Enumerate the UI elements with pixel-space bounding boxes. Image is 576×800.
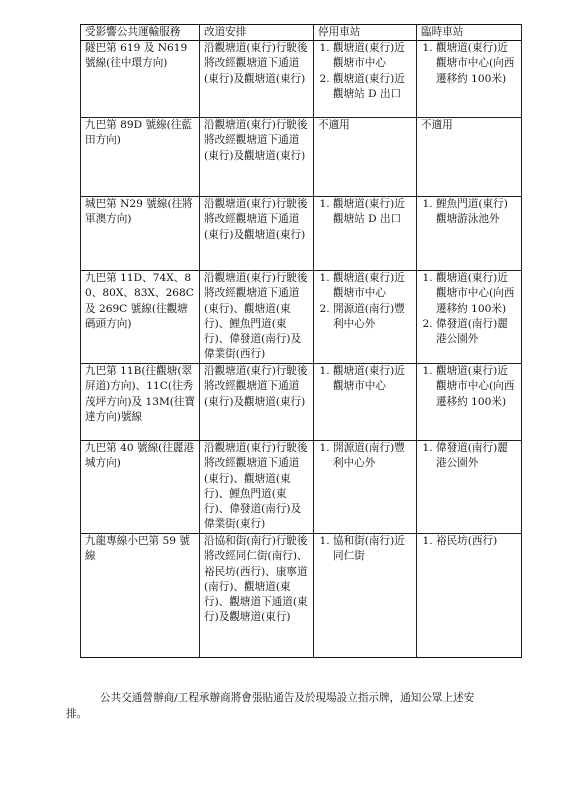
suspended-stops-cell: 觀塘道(東行)近觀塘市中心 開源道(南行)豐利中心外 — [314, 271, 417, 364]
list-item: 觀塘道(東行)近觀塘市中心 — [333, 271, 413, 301]
table-row: 隧巴第 619 及 N619 號線(往中環方向) 沿觀塘道(東行)行駛後將改經觀… — [81, 41, 522, 118]
service-cell: 九巴第 11D、74X、80、80X、83X、268C 及 269C 號線(往觀… — [81, 271, 200, 364]
list-item: 開源道(南行)豐利中心外 — [333, 441, 413, 471]
suspended-stops-cell: 觀塘道(東行)近觀塘市中心 — [314, 364, 417, 441]
diversion-cell: 沿觀塘道(東行)行駛後將改經觀塘道下通道(東行)、觀塘道(東行)、鯉魚門道(東行… — [200, 271, 314, 364]
temporary-stops-cell: 鯉魚門道(東行)觀塘游泳池外 — [417, 197, 522, 271]
list-item: 觀塘道(東行)近觀塘市中心(向西遷移約 100米) — [436, 271, 518, 317]
suspended-stops-cell: 不適用 — [314, 118, 417, 197]
table-row: 九龍專線小巴第 59 號線 沿協和街(南行)行駛後將改經同仁街(南行)、裕民坊(… — [81, 534, 522, 658]
service-cell: 九巴第 40 號線(往麗港城方向) — [81, 441, 200, 534]
table-row: 城巴第 N29 號線(往將軍澳方向) 沿觀塘道(東行)行駛後將改經觀塘道下通道(… — [81, 197, 522, 271]
list-item: 觀塘道(東行)近觀塘市中心 — [333, 41, 413, 71]
table-row: 九巴第 11D、74X、80、80X、83X、268C 及 269C 號線(往觀… — [81, 271, 522, 364]
list-item: 偉發道(南行)麗港公園外 — [436, 317, 518, 347]
document-page: 受影響公共運輸服務 改道安排 停用車站 臨時車站 隧巴第 619 及 N619 … — [0, 0, 576, 800]
temporary-stops-cell: 偉發道(南行)麗港公園外 — [417, 441, 522, 534]
diversion-cell: 沿觀塘道(東行)行駛後將改經觀塘道下通道(東行)及觀塘道(東行) — [200, 364, 314, 441]
notice-paragraph: 公共交通營辦商/工程承辦商將會張貼通告及於現場設立指示牌，通知公眾上述安排。 — [66, 690, 486, 722]
list-item: 協和街(南行)近同仁街 — [333, 534, 413, 564]
table-row: 九巴第 40 號線(往麗港城方向) 沿觀塘道(東行)行駛後將改經觀塘道下通道(東… — [81, 441, 522, 534]
suspended-stops-cell: 觀塘道(東行)近觀塘市中心 觀塘道(東行)近觀塘站 D 出口 — [314, 41, 417, 118]
table-row: 九巴第 89D 號線(往藍田方向) 沿觀塘道(東行)行駛後將改經觀塘道下通道(東… — [81, 118, 522, 197]
list-item: 觀塘道(東行)近觀塘市中心(向西遷移約 100米) — [436, 364, 518, 410]
service-cell: 隧巴第 619 及 N619 號線(往中環方向) — [81, 41, 200, 118]
header-suspended-stops: 停用車站 — [314, 25, 417, 41]
list-item: 觀塘道(東行)近觀塘站 D 出口 — [333, 72, 413, 102]
diversion-cell: 沿觀塘道(東行)行駛後將改經觀塘道下通道(東行)、觀塘道(東行)、鯉魚門道(東行… — [200, 441, 314, 534]
diversion-cell: 沿觀塘道(東行)行駛後將改經觀塘道下通道(東行)及觀塘道(東行) — [200, 197, 314, 271]
temporary-stops-cell: 裕民坊(西行) — [417, 534, 522, 658]
temporary-stops-cell: 不適用 — [417, 118, 522, 197]
list-item: 偉發道(南行)麗港公園外 — [436, 441, 518, 471]
list-item: 觀塘道(東行)近觀塘市中心(向西遷移約 100米) — [436, 41, 518, 87]
diversion-cell: 沿協和街(南行)行駛後將改經同仁街(南行)、裕民坊(西行)、康寧道(南行)、觀塘… — [200, 534, 314, 658]
service-cell: 九巴第 89D 號線(往藍田方向) — [81, 118, 200, 197]
header-temporary-stops: 臨時車站 — [417, 25, 522, 41]
suspended-stops-cell: 開源道(南行)豐利中心外 — [314, 441, 417, 534]
list-item: 開源道(南行)豐利中心外 — [333, 302, 413, 332]
service-cell: 九巴第 11B(往觀塘(翠屏道)方向)、11C(往秀茂坪方向)及 13M(往寶達… — [81, 364, 200, 441]
diversion-table: 受影響公共運輸服務 改道安排 停用車站 臨時車站 隧巴第 619 及 N619 … — [80, 24, 522, 658]
temporary-stops-cell: 觀塘道(東行)近觀塘市中心(向西遷移約 100米) 偉發道(南行)麗港公園外 — [417, 271, 522, 364]
list-item: 觀塘道(東行)近觀塘站 D 出口 — [333, 197, 413, 227]
header-diversion: 改道安排 — [200, 25, 314, 41]
table-row: 九巴第 11B(往觀塘(翠屏道)方向)、11C(往秀茂坪方向)及 13M(往寶達… — [81, 364, 522, 441]
list-item: 裕民坊(西行) — [436, 534, 518, 549]
list-item: 鯉魚門道(東行)觀塘游泳池外 — [436, 197, 518, 227]
suspended-stops-cell: 協和街(南行)近同仁街 — [314, 534, 417, 658]
diversion-cell: 沿觀塘道(東行)行駛後將改經觀塘道下通道(東行)及觀塘道(東行) — [200, 118, 314, 197]
diversion-cell: 沿觀塘道(東行)行駛後將改經觀塘道下通道(東行)及觀塘道(東行) — [200, 41, 314, 118]
service-cell: 九龍專線小巴第 59 號線 — [81, 534, 200, 658]
service-cell: 城巴第 N29 號線(往將軍澳方向) — [81, 197, 200, 271]
list-item: 觀塘道(東行)近觀塘市中心 — [333, 364, 413, 394]
header-affected-service: 受影響公共運輸服務 — [81, 25, 200, 41]
temporary-stops-cell: 觀塘道(東行)近觀塘市中心(向西遷移約 100米) — [417, 364, 522, 441]
temporary-stops-cell: 觀塘道(東行)近觀塘市中心(向西遷移約 100米) — [417, 41, 522, 118]
suspended-stops-cell: 觀塘道(東行)近觀塘站 D 出口 — [314, 197, 417, 271]
table-header-row: 受影響公共運輸服務 改道安排 停用車站 臨時車站 — [81, 25, 522, 41]
